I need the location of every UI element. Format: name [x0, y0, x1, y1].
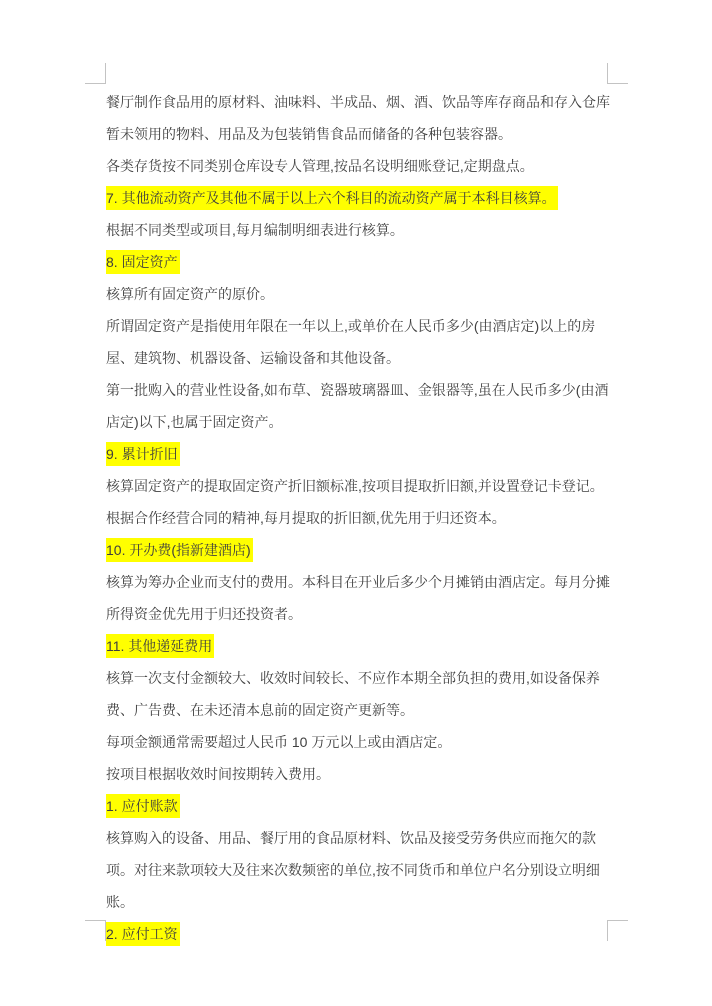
section-heading: 2. 应付工资	[106, 918, 612, 950]
paragraph: 根据不同类型或项目,每月编制明细表进行核算。	[106, 214, 612, 246]
text-boundary-mark-top-right	[607, 63, 628, 84]
highlight: 9. 累计折旧	[106, 442, 180, 466]
section-heading: 10. 开办费(指新建酒店)	[106, 534, 612, 566]
highlight: 1. 应付账款	[106, 794, 180, 818]
paragraph: 按项目根据收效时间按期转入费用。	[106, 758, 612, 790]
paragraph: 核算一次支付金额较大、收效时间较长、不应作本期全部负担的费用,如设备保养费、广告…	[106, 662, 612, 726]
paragraph: 核算购入的设备、用品、餐厅用的食品原材料、饮品及接受劳务供应而拖欠的款项。对往来…	[106, 822, 612, 918]
document-page: 餐厅制作食品用的原材料、油味料、半成品、烟、酒、饮品等库存商品和存入仓库暂未领用…	[0, 0, 712, 1006]
document-body: 餐厅制作食品用的原材料、油味料、半成品、烟、酒、饮品等库存商品和存入仓库暂未领用…	[106, 86, 612, 950]
section-heading: 11. 其他递延费用	[106, 630, 612, 662]
paragraph: 各类存货按不同类别仓库设专人管理,按品名设明细账登记,定期盘点。	[106, 150, 612, 182]
section-heading: 9. 累计折旧	[106, 438, 612, 470]
section-heading: 1. 应付账款	[106, 790, 612, 822]
paragraph: 所谓固定资产是指使用年限在一年以上,或单价在人民币多少(由酒店定)以上的房屋、建…	[106, 310, 612, 374]
paragraph: 核算为筹办企业而支付的费用。本科目在开业后多少个月摊销由酒店定。每月分摊所得资金…	[106, 566, 612, 630]
paragraph: 餐厅制作食品用的原材料、油味料、半成品、烟、酒、饮品等库存商品和存入仓库暂未领用…	[106, 86, 612, 150]
text-boundary-mark-top-left	[85, 63, 106, 84]
paragraph: 核算固定资产的提取固定资产折旧额标准,按项目提取折旧额,并设置登记卡登记。根据合…	[106, 470, 612, 534]
highlight: 7. 其他流动资产及其他不属于以上六个科目的流动资产属于本科目核算。	[106, 186, 558, 210]
highlight: 8. 固定资产	[106, 250, 180, 274]
section-heading: 7. 其他流动资产及其他不属于以上六个科目的流动资产属于本科目核算。	[106, 182, 612, 214]
text-boundary-mark-bottom-left	[85, 920, 106, 941]
paragraph: 第一批购入的营业性设备,如布草、瓷器玻璃器皿、金银器等,虽在人民币多少(由酒店定…	[106, 374, 612, 438]
section-heading: 8. 固定资产	[106, 246, 612, 278]
highlight: 11. 其他递延费用	[106, 634, 214, 658]
highlight: 10. 开办费(指新建酒店)	[106, 538, 253, 562]
highlight: 2. 应付工资	[106, 922, 180, 946]
paragraph: 每项金额通常需要超过人民币 10 万元以上或由酒店定。	[106, 726, 612, 758]
paragraph: 核算所有固定资产的原价。	[106, 278, 612, 310]
